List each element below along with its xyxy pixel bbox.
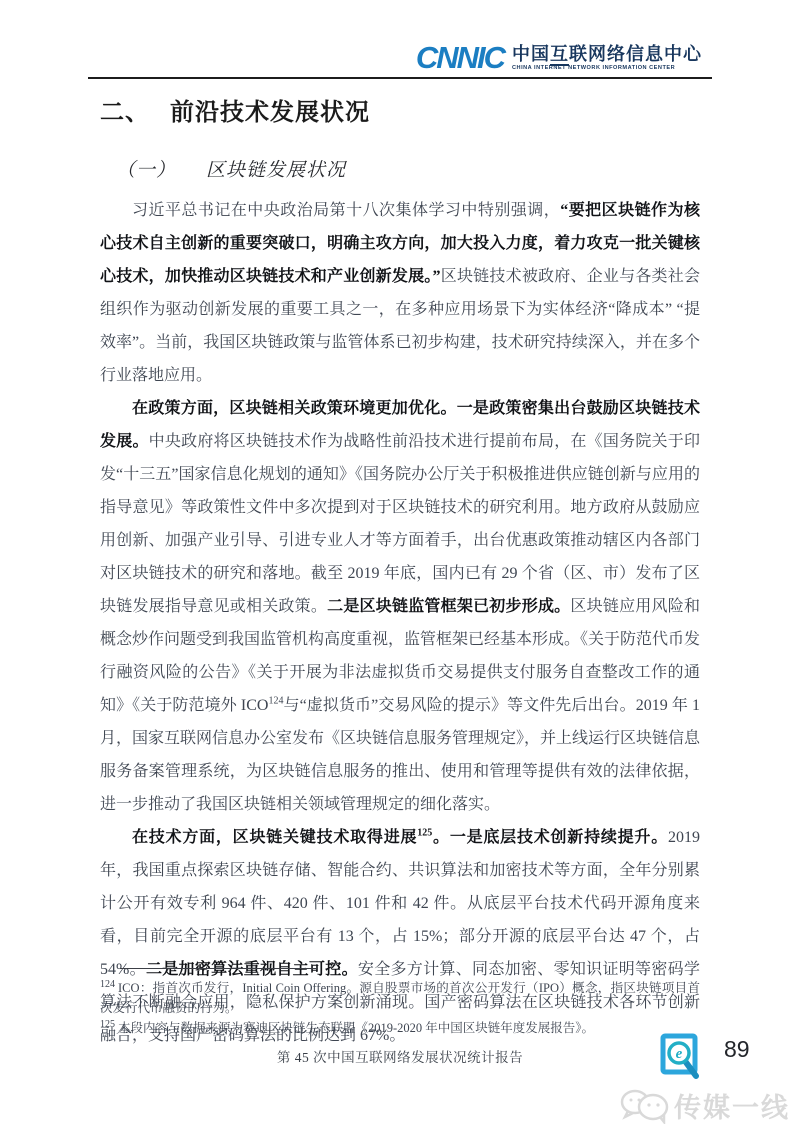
watermark: 传媒一线 bbox=[620, 1086, 790, 1125]
footnote-ref: 124 bbox=[268, 696, 283, 707]
chat-bubbles-icon bbox=[620, 1088, 670, 1124]
text-run: 区块链技术被政府、企业与各类社会组织作为驱动创新发展的重要工具之一，在多种应用场… bbox=[100, 268, 700, 384]
footnotes: 124ICO：指首次币发行，Initial Coin Offering。源自股票… bbox=[100, 978, 700, 1038]
footnote-text: 本段内容与数据来源为赛迪区块链生态联盟《2019-2020 年中国区块链年度发展… bbox=[118, 1021, 594, 1035]
body-paragraphs: 习近平总书记在中央政治局第十八次集体学习中特别强调，“要把区块链作为核心技术自主… bbox=[100, 194, 700, 1052]
paragraph: 在政策方面，区块链相关政策环境更加优化。一是政策密集出台鼓励区块链技术发展。中央… bbox=[100, 392, 700, 821]
svg-text:e: e bbox=[676, 1046, 683, 1062]
page-number: 89 bbox=[724, 1036, 750, 1063]
text-run: 。一是底层技术创新持续提升。 bbox=[432, 829, 668, 846]
footnote-marker: 125 bbox=[100, 1019, 115, 1030]
chapter-title: 二、前沿技术发展状况 bbox=[100, 96, 700, 130]
section-title: （一）区块链发展状况 bbox=[116, 158, 700, 184]
chapter-title-text: 前沿技术发展状况 bbox=[170, 99, 370, 126]
chapter-number: 二、 bbox=[100, 99, 150, 126]
text-run: 二是区块链监管框架已初步形成。 bbox=[327, 598, 570, 615]
footnote-ref: 125 bbox=[417, 828, 432, 839]
footnote: 125本段内容与数据来源为赛迪区块链生态联盟《2019-2020 年中国区块链年… bbox=[100, 1018, 700, 1038]
section-title-text: 区块链发展状况 bbox=[206, 160, 346, 181]
text-run: 与“虚拟货币”交易风险的提示》等文件先后出台。2019 年 1 月，国家互联网信… bbox=[100, 697, 700, 813]
paragraph: 习近平总书记在中央政治局第十八次集体学习中特别强调，“要把区块链作为核心技术自主… bbox=[100, 194, 700, 392]
section-number: （一） bbox=[116, 160, 176, 181]
watermark-text: 传媒一线 bbox=[674, 1086, 790, 1125]
text-run: 在技术方面，区块链关键技术取得进展 bbox=[132, 829, 417, 846]
text-run: 中央政府将区块链技术作为战略性前沿技术进行提前布局，在《国务院关于印发“十三五”… bbox=[100, 433, 700, 615]
footnote-divider bbox=[120, 968, 316, 969]
report-footer-title: 第 45 次中国互联网络发展状况统计报告 bbox=[100, 1046, 700, 1066]
text-run: 二是加密算法重视自主可控。 bbox=[146, 961, 358, 978]
text-run: 2019 年，我国重点探索区块链存储、智能合约、共识算法和加密技术等方面，全年分… bbox=[100, 829, 700, 978]
document-body: 二、前沿技术发展状况 （一）区块链发展状况 习近平总书记在中央政治局第十八次集体… bbox=[100, 0, 700, 1052]
report-page: CNNIC 中国互联网络信息中心 CHINA INTERNET NETWORK … bbox=[0, 0, 800, 1131]
footnote-text: ICO：指首次币发行，Initial Coin Offering。源自股票市场的… bbox=[100, 981, 700, 1015]
footnote: 124ICO：指首次币发行，Initial Coin Offering。源自股票… bbox=[100, 978, 700, 1018]
text-run: 习近平总书记在中央政治局第十八次集体学习中特别强调， bbox=[132, 202, 560, 219]
magnifier-e-logo-icon: e bbox=[660, 1033, 702, 1081]
footnote-marker: 124 bbox=[100, 979, 115, 990]
